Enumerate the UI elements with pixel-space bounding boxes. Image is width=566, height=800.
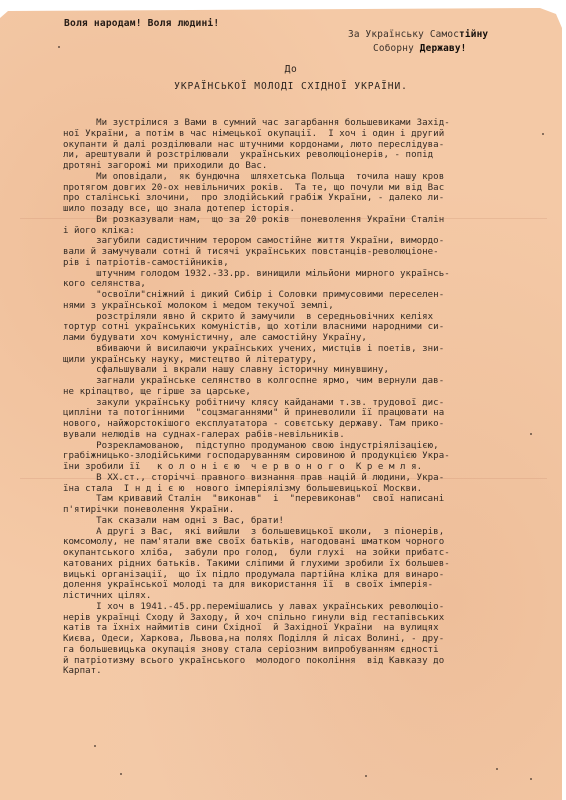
body-line: катів та їхніх наймитів сини Східної й З… [63, 623, 523, 634]
body-line: не кріпацтво, ще гірше за царське, [63, 387, 523, 398]
body-line: лістичних цілях. [63, 591, 523, 602]
body-line: вбиваючи й висилаючи українських учених,… [63, 344, 523, 355]
body-line: ної України, а потім в час німецької оку… [63, 129, 523, 140]
body-line: Ми оповідали, як бундючна шляхетська Пол… [63, 172, 523, 183]
body-line: ципліни та потогінними "соцзмаганнями" й… [63, 408, 523, 419]
motto-right-line-1-normal: За Українську Самос [348, 29, 459, 40]
motto-right-line-2: Соборну Державу! [348, 42, 488, 56]
body-line: загнали українське селянство в колгоспне… [63, 376, 523, 387]
body-line: кого селянства, [63, 279, 523, 290]
motto-right: За Українську Самостійну Соборну Державу… [348, 28, 488, 56]
body-line: їна стала І н д і є ю нового імперіялізм… [63, 484, 523, 495]
body-line: загубили садистичним терором самостійне … [63, 236, 523, 247]
document-title: УКРАЇНСЬКОЇ МОЛОДІ СХІДНОЇ УКРАЇНИ. [10, 81, 566, 92]
body-line: їни зробили її к о л о н і є ю ч е р в о… [63, 462, 523, 473]
body-line: штучним голодом 1932.-33.рр. винищили мі… [63, 269, 523, 280]
body-line: І хоч в 1941.-45.рр.перемішались у лавах… [63, 602, 523, 613]
body-line: рів і патріотів-самостійників, [63, 258, 523, 269]
body-line: нового, найжорстокішого експлуататора - … [63, 419, 523, 430]
body-line: Розрекламованою, підступно продуманою св… [63, 441, 523, 452]
body-line: й патріотизму всього українського молодо… [63, 656, 523, 667]
body-line: грабіжницько-злодійськими господарування… [63, 451, 523, 462]
motto-left: Воля народам! Воля людині! [64, 18, 219, 29]
motto-right-line-2-normal: Соборну [373, 43, 420, 54]
body-line: шило позаду все, що знала дотепер історі… [63, 204, 523, 215]
body-line: Карпат. [63, 666, 523, 677]
body-line: нерів українці Сходу й Заходу, й хоч спі… [63, 613, 523, 624]
body-line: окупантського хліба, забули про голод, б… [63, 548, 523, 559]
body-line: га большевицька окупація знову стала сер… [63, 645, 523, 656]
address-to: До [10, 64, 566, 75]
body-line: нями з української молоком і медом текуч… [63, 301, 523, 312]
ink-speck [496, 768, 498, 770]
body-line: В XX.ст., сторіччі правного визнання пра… [63, 473, 523, 484]
body-line: ли, арештували й розстрілювали українськ… [63, 150, 523, 161]
body-line: розстріляли явно й скрито й замучили в с… [63, 312, 523, 323]
body-line: Ми зустрілися з Вами в сумний час загарб… [63, 118, 523, 129]
body-line: Так сказали нам одні з Вас, брати! [63, 516, 523, 527]
body-line: про сталінські злочини, про злодійський … [63, 193, 523, 204]
body-line: долення української молоді та для викори… [63, 580, 523, 591]
ink-speck [530, 433, 532, 435]
body-line: сфальшували і вкрали нашу славну історич… [63, 365, 523, 376]
body-line: дротяні загорожі ми приходили до Вас. [63, 161, 523, 172]
ink-speck [365, 775, 367, 777]
motto-right-line-1-bold: тійну [459, 29, 488, 40]
body-line: вицькі організації, що їх підло продумал… [63, 570, 523, 581]
body-line: щили українську науку, мистецтво й літер… [63, 355, 523, 366]
body-line: "освоїли"сніжний і дикий Сибір і Соловки… [63, 290, 523, 301]
body-line: і його кліка: [63, 226, 523, 237]
motto-right-line-1: За Українську Самостійну [348, 28, 488, 42]
ink-speck [58, 46, 60, 48]
body-line: окупанти й далі розділювали нас штучними… [63, 140, 523, 151]
body-line: протягом довгих 20-ох невільничих років.… [63, 183, 523, 194]
body-line: катованих рідних батьків. Такими сліпими… [63, 559, 523, 570]
body-line: А другі з Вас, які вийшли з большевицько… [63, 527, 523, 538]
body-line: тортур сотні українських комуністів, що … [63, 322, 523, 333]
body-line: вали й замучували сотні й тисячі українс… [63, 247, 523, 258]
body-line: Києва, Одеси, Харкова, Львова,на полях П… [63, 634, 523, 645]
ink-speck [530, 778, 532, 780]
motto-right-line-2-bold: Державу! [420, 43, 467, 54]
document-page: Воля народам! Воля людині! За Українську… [0, 8, 562, 800]
body-line: лами будувати хоч комуністичну, але само… [63, 333, 523, 344]
body-line: п'ятирічки поневолення України. [63, 505, 523, 516]
body-line: закули українську робітничу клясу кайдан… [63, 398, 523, 409]
body-line: комсомолу, не пам'ятали вже своїх батькі… [63, 537, 523, 548]
body-line: Ви розказували нам, що за 20 років понев… [63, 215, 523, 226]
body-line: Там кривавий Сталін "виконав" і "перевик… [63, 494, 523, 505]
ink-speck [120, 773, 122, 775]
ink-speck [94, 745, 96, 747]
document-body: Ми зустрілися з Вами в сумний час загарб… [63, 118, 523, 677]
ink-speck [542, 133, 544, 135]
body-line: вували нелюдів на суднах-галерах рабів-н… [63, 430, 523, 441]
